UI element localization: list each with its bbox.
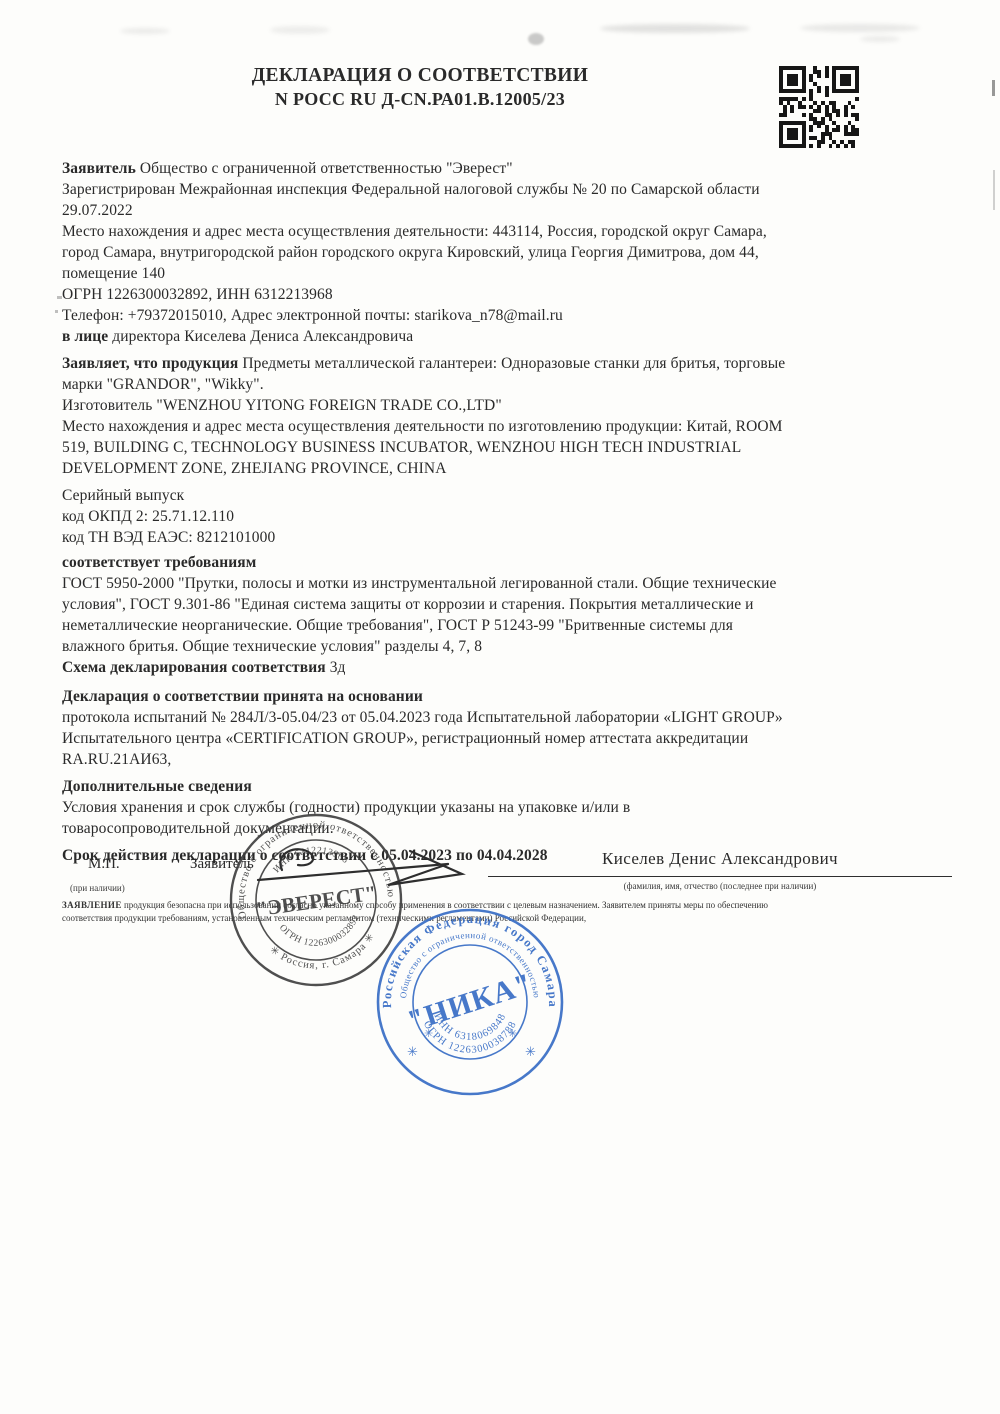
text-line: Место нахождения и адрес места осуществл… [62,221,957,242]
text-line: Место нахождения и адрес места осуществл… [62,416,957,437]
text-line: город Самара, внутригородской район горо… [62,242,957,263]
stamp-nika-separator: ✳ [525,1044,536,1059]
seal-placeholder-note: (при наличии) [70,883,125,893]
text-line: Телефон: +79372015010, Адрес электронной… [62,305,957,326]
text-line: Условия хранения и срок службы (годности… [62,797,957,818]
text-line: код ТН ВЭД ЕАЭС: 8212101000 [62,527,957,548]
text-line: код ОКПД 2: 25.71.12.110 [62,506,957,527]
document-title-block: ДЕКЛАРАЦИЯ О СООТВЕТСТВИИ N РОСС RU Д-CN… [238,64,602,111]
text-line: Зарегистрирован Межрайонная инспекция Фе… [62,179,957,200]
applicant-paragraph: Заявитель Общество с ограниченной ответс… [62,158,957,347]
scan-smudge [270,26,330,34]
stamp-nika-separator: ✳ [508,1028,517,1040]
signatory-name-rule [488,876,952,877]
scan-smudge [800,24,920,32]
text-line: протокола испытаний № 284Л/3-05.04/23 от… [62,707,957,728]
text-line: Схема декларирования соответствия 3д [62,657,957,678]
document-body: Заявитель Общество с ограниченной ответс… [62,158,957,866]
text-line: Серийный выпуск [62,485,957,506]
declaration-number: N РОСС RU Д-CN.РА01.В.12005/23 [238,88,602,111]
declaration-title: ДЕКЛАРАЦИЯ О СООТВЕТСТВИИ [238,64,602,88]
text-line: товаросопроводительной документации. [62,818,957,839]
stamp-nika: Российская Федерация город Самара Общест… [374,906,566,1098]
text-line: 29.07.2022 [62,200,957,221]
text-line: DEVELOPMENT ZONE, ZHEJIANG PROVINCE, CHI… [62,458,957,479]
scan-smudge [600,24,750,33]
serial-codes-paragraph: Серийный выпусккод ОКПД 2: 25.71.12.110к… [62,485,957,548]
basis-paragraph: Декларация о соответствии принята на осн… [62,686,957,770]
stamp-nika-separator: ✳ [407,1044,418,1059]
text-line: условия", ГОСТ 9.301-86 "Единая система … [62,594,957,615]
text-line: 519, BUILDING C, TECHNOLOGY BUSINESS INC… [62,437,957,458]
signature-stroke [248,834,488,906]
text-line: в лице директора Киселева Дениса Алексан… [62,326,957,347]
text-line: помещение 140 [62,263,957,284]
text-line: Заявитель Общество с ограниченной ответс… [62,158,957,179]
additional-info-paragraph: Дополнительные сведенияУсловия хранения … [62,776,957,839]
text-line: Дополнительные сведения [62,776,957,797]
text-line: марки "GRANDOR", "Wikky". [62,374,957,395]
product-paragraph: Заявляет, что продукция Предметы металли… [62,353,957,479]
requirements-paragraph: соответствует требованиямГОСТ 5950-2000 … [62,552,957,678]
signatory-name-caption: (фамилия, имя, отчество (последнее при н… [488,881,952,891]
qr-code [779,66,859,148]
text-line: RA.RU.21АИ63, [62,749,957,770]
text-line: ГОСТ 5950-2000 "Прутки, полосы и мотки и… [62,573,957,594]
scan-speck [55,310,58,313]
seal-placeholder-label: М.П. [88,856,120,873]
signatory-name: Киселев Денис Александрович [488,849,952,869]
scan-edge-mark [992,80,995,96]
text-line: неметаллические неорганические. Общие тр… [62,615,957,636]
scan-smudge [528,33,544,45]
scan-edge-mark [993,170,995,210]
text-line: ОГРН 1226300032892, ИНН 6312213968 [62,284,957,305]
text-line: Декларация о соответствии принята на осн… [62,686,957,707]
scan-smudge [860,36,900,42]
scan-smudge [120,28,170,34]
text-line: влажного бритья. Общие технические услов… [62,636,957,657]
text-line: Изготовитель "WENZHOU YITONG FOREIGN TRA… [62,395,957,416]
declaration-document-page: ДЕКЛАРАЦИЯ О СООТВЕТСТВИИ N РОСС RU Д-CN… [0,0,1000,1414]
text-line: Испытательного центра «CERTIFICATION GRO… [62,728,957,749]
text-line: Заявляет, что продукция Предметы металли… [62,353,957,374]
statement-lead: ЗАЯВЛЕНИЕ [62,900,122,910]
signatory-name-block: Киселев Денис Александрович [488,849,952,869]
text-line: соответствует требованиям [62,552,957,573]
